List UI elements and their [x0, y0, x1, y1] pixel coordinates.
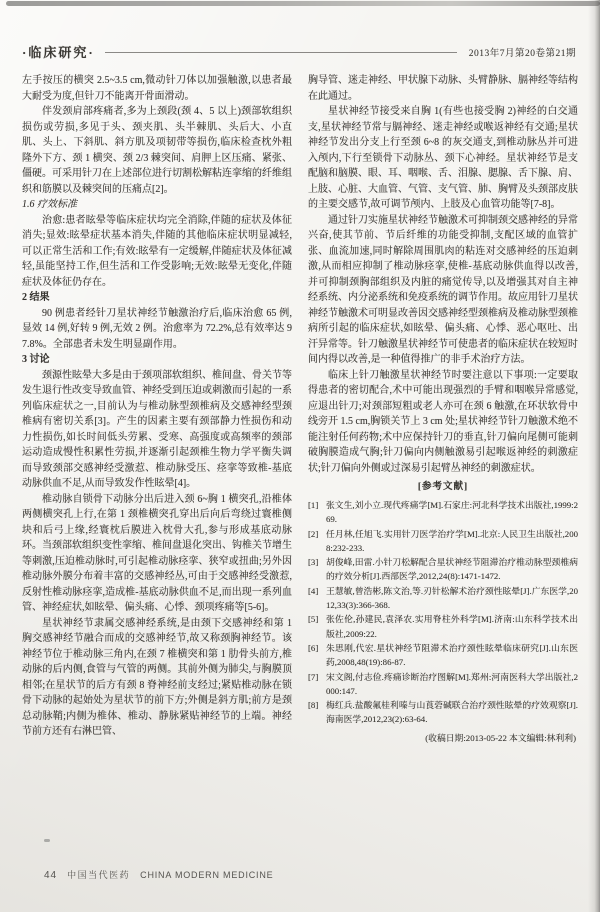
reference-number: [6] [308, 641, 318, 655]
reference-item: [6] 朱思刚,代宏.星状神经节阻滞术治疗颈性眩晕临床研究[J].山东医药,20… [308, 641, 578, 670]
header-divider-line [105, 52, 457, 53]
section-heading: 2 结果 [22, 290, 292, 306]
paragraph: 治愈:患者眩晕等临床症状均完全消除,伴随的症状及体征消失;显效:眩晕症状基本消失… [22, 213, 292, 291]
paragraph: 星状神经节接受来自胸 1(有些也接受胸 2)神经的白交通支,星状神经节常与膈神经… [308, 104, 578, 213]
paragraph: 左手按压的横突 2.5~3.5 cm,微动针刀体以加强触激,以患者最大耐受为度,… [22, 73, 292, 104]
page-header: ·临床研究· 2013年7月第20卷第21期 [22, 42, 576, 61]
reference-item: [1] 张文生,刘小立.现代疼痛学[M].石家庄:河北科学技术出版社,1999:… [308, 498, 578, 527]
reference-text: 任月林,任旭飞.实用针刀医学治疗学[M].北京:人民卫生出版社,2008:232… [326, 529, 578, 553]
reference-item: [3] 胡俊峰,田雷.小针刀松解配合星状神经节阻滞治疗椎动脉型颈椎病的疗效分析[… [308, 555, 578, 584]
scan-artifact-speck [44, 839, 50, 842]
page-number: 44 [44, 870, 57, 881]
reference-number: [5] [308, 612, 318, 626]
paragraph: 通过针刀实施星状神经节触激术可抑制颈交感神经的异常兴奋,使其节前、节后纤维的功能… [308, 213, 578, 368]
journal-name-en: CHINA MODERN MEDICINE [140, 870, 273, 880]
reference-number: [4] [308, 584, 318, 598]
references-heading: [参考文献] [308, 480, 578, 495]
scan-artifact-top-edge [6, 1, 600, 6]
left-column: 左手按压的横突 2.5~3.5 cm,微动针刀体以加强触激,以患者最大耐受为度,… [22, 73, 292, 809]
right-column: 胸导管、迷走神经、甲状腺下动脉、头臂静脉、膈神经等结构在此通过。 星状神经节接受… [308, 73, 578, 809]
reference-number: [7] [308, 670, 318, 684]
reference-number: [2] [308, 527, 318, 541]
reference-item: [8] 梅红兵.盐酸氟桂利嗪与山莨菪碱联合治疗颈性眩晕的疗效观察[J].海南医学… [308, 698, 578, 727]
reference-number: [3] [308, 555, 318, 569]
scan-artifact-right-edge [588, 0, 600, 912]
reference-text: 朱思刚,代宏.星状神经节阻滞术治疗颈性眩晕临床研究[J].山东医药,2008,4… [326, 643, 578, 667]
section-label: ·临床研究· [22, 42, 95, 61]
reference-text: 张佐伦,孙建民,袁泽农.实用脊柱外科学[M].济南:山东科学技术出版社,2009… [326, 614, 578, 638]
paragraph: 颈源性眩晕大多是由于颈项部软组织、椎间盘、骨关节等发生退行性改变导致血管、神经受… [22, 368, 292, 492]
paragraph: 椎动脉自锁骨下动脉分出后进入颈 6~胸 1 横突孔,沿椎体两侧横突孔上行,在第 … [22, 492, 292, 616]
paragraph: 胸导管、迷走神经、甲状腺下动脉、头臂静脉、膈神经等结构在此通过。 [308, 73, 578, 104]
issue-info: 2013年7月第20卷第21期 [469, 45, 576, 59]
paragraph: 90 例患者经针刀星状神经节触激治疗后,临床治愈 65 例,显效 14 例,好转… [22, 306, 292, 353]
reference-text: 胡俊峰,田雷.小针刀松解配合星状神经节阻滞治疗椎动脉型颈椎病的疗效分析[J].西… [326, 557, 578, 581]
reference-item: [5] 张佐伦,孙建民,袁泽农.实用脊柱外科学[M].济南:山东科学技术出版社,… [308, 612, 578, 641]
reference-item: [4] 王慧敏,曾浩彬,陈文治,等.刃针松解术治疗颈性眩晕[J].广东医学,20… [308, 584, 578, 613]
reference-text: 宋文阁,付志俭.疼痛诊断治疗图解[M].郑州:河南医科大学出版社,2000:14… [326, 672, 578, 696]
page-footer: 44 中国当代医药 CHINA MODERN MEDICINE [44, 868, 273, 881]
article-body: 左手按压的横突 2.5~3.5 cm,微动针刀体以加强触激,以患者最大耐受为度,… [22, 73, 578, 809]
reference-text: 张文生,刘小立.现代疼痛学[M].石家庄:河北科学技术出版社,1999:269. [326, 500, 578, 524]
journal-name-cn: 中国当代医药 [67, 868, 130, 881]
subsection-heading: 1.6 疗效标准 [22, 197, 292, 213]
reference-item: [2] 任月林,任旭飞.实用针刀医学治疗学[M].北京:人民卫生出版社,2008… [308, 527, 578, 556]
reference-text: 梅红兵.盐酸氟桂利嗪与山莨菪碱联合治疗颈性眩晕的疗效观察[J].海南医学,201… [326, 700, 578, 724]
journal-page: ·临床研究· 2013年7月第20卷第21期 左手按压的横突 2.5~3.5 c… [0, 0, 600, 912]
reference-number: [8] [308, 698, 318, 712]
section-heading: 3 讨论 [22, 352, 292, 368]
reference-text: 王慧敏,曾浩彬,陈文治,等.刃针松解术治疗颈性眩晕[J].广东医学,2012,3… [326, 586, 578, 610]
reference-item: [7] 宋文阁,付志俭.疼痛诊断治疗图解[M].郑州:河南医科大学出版社,200… [308, 670, 578, 699]
reference-number: [1] [308, 498, 318, 512]
paragraph: 伴发颈肩部疼痛者,多为上颈段(颈 4、5 以上)颈部软组织损伤或劳损,多见于头、… [22, 104, 292, 197]
received-date-line: (收稿日期:2013-05-22 本文编辑:林利利) [308, 731, 578, 745]
paragraph: 星状神经节隶属交感神经系统,是由颈下交感神经和第 1 胸交感神经节融合而成的交感… [22, 616, 292, 740]
paragraph: 临床上针刀触激星状神经节时要注意以下事项:一定要取得患者的密切配合,术中可能出现… [308, 368, 578, 477]
